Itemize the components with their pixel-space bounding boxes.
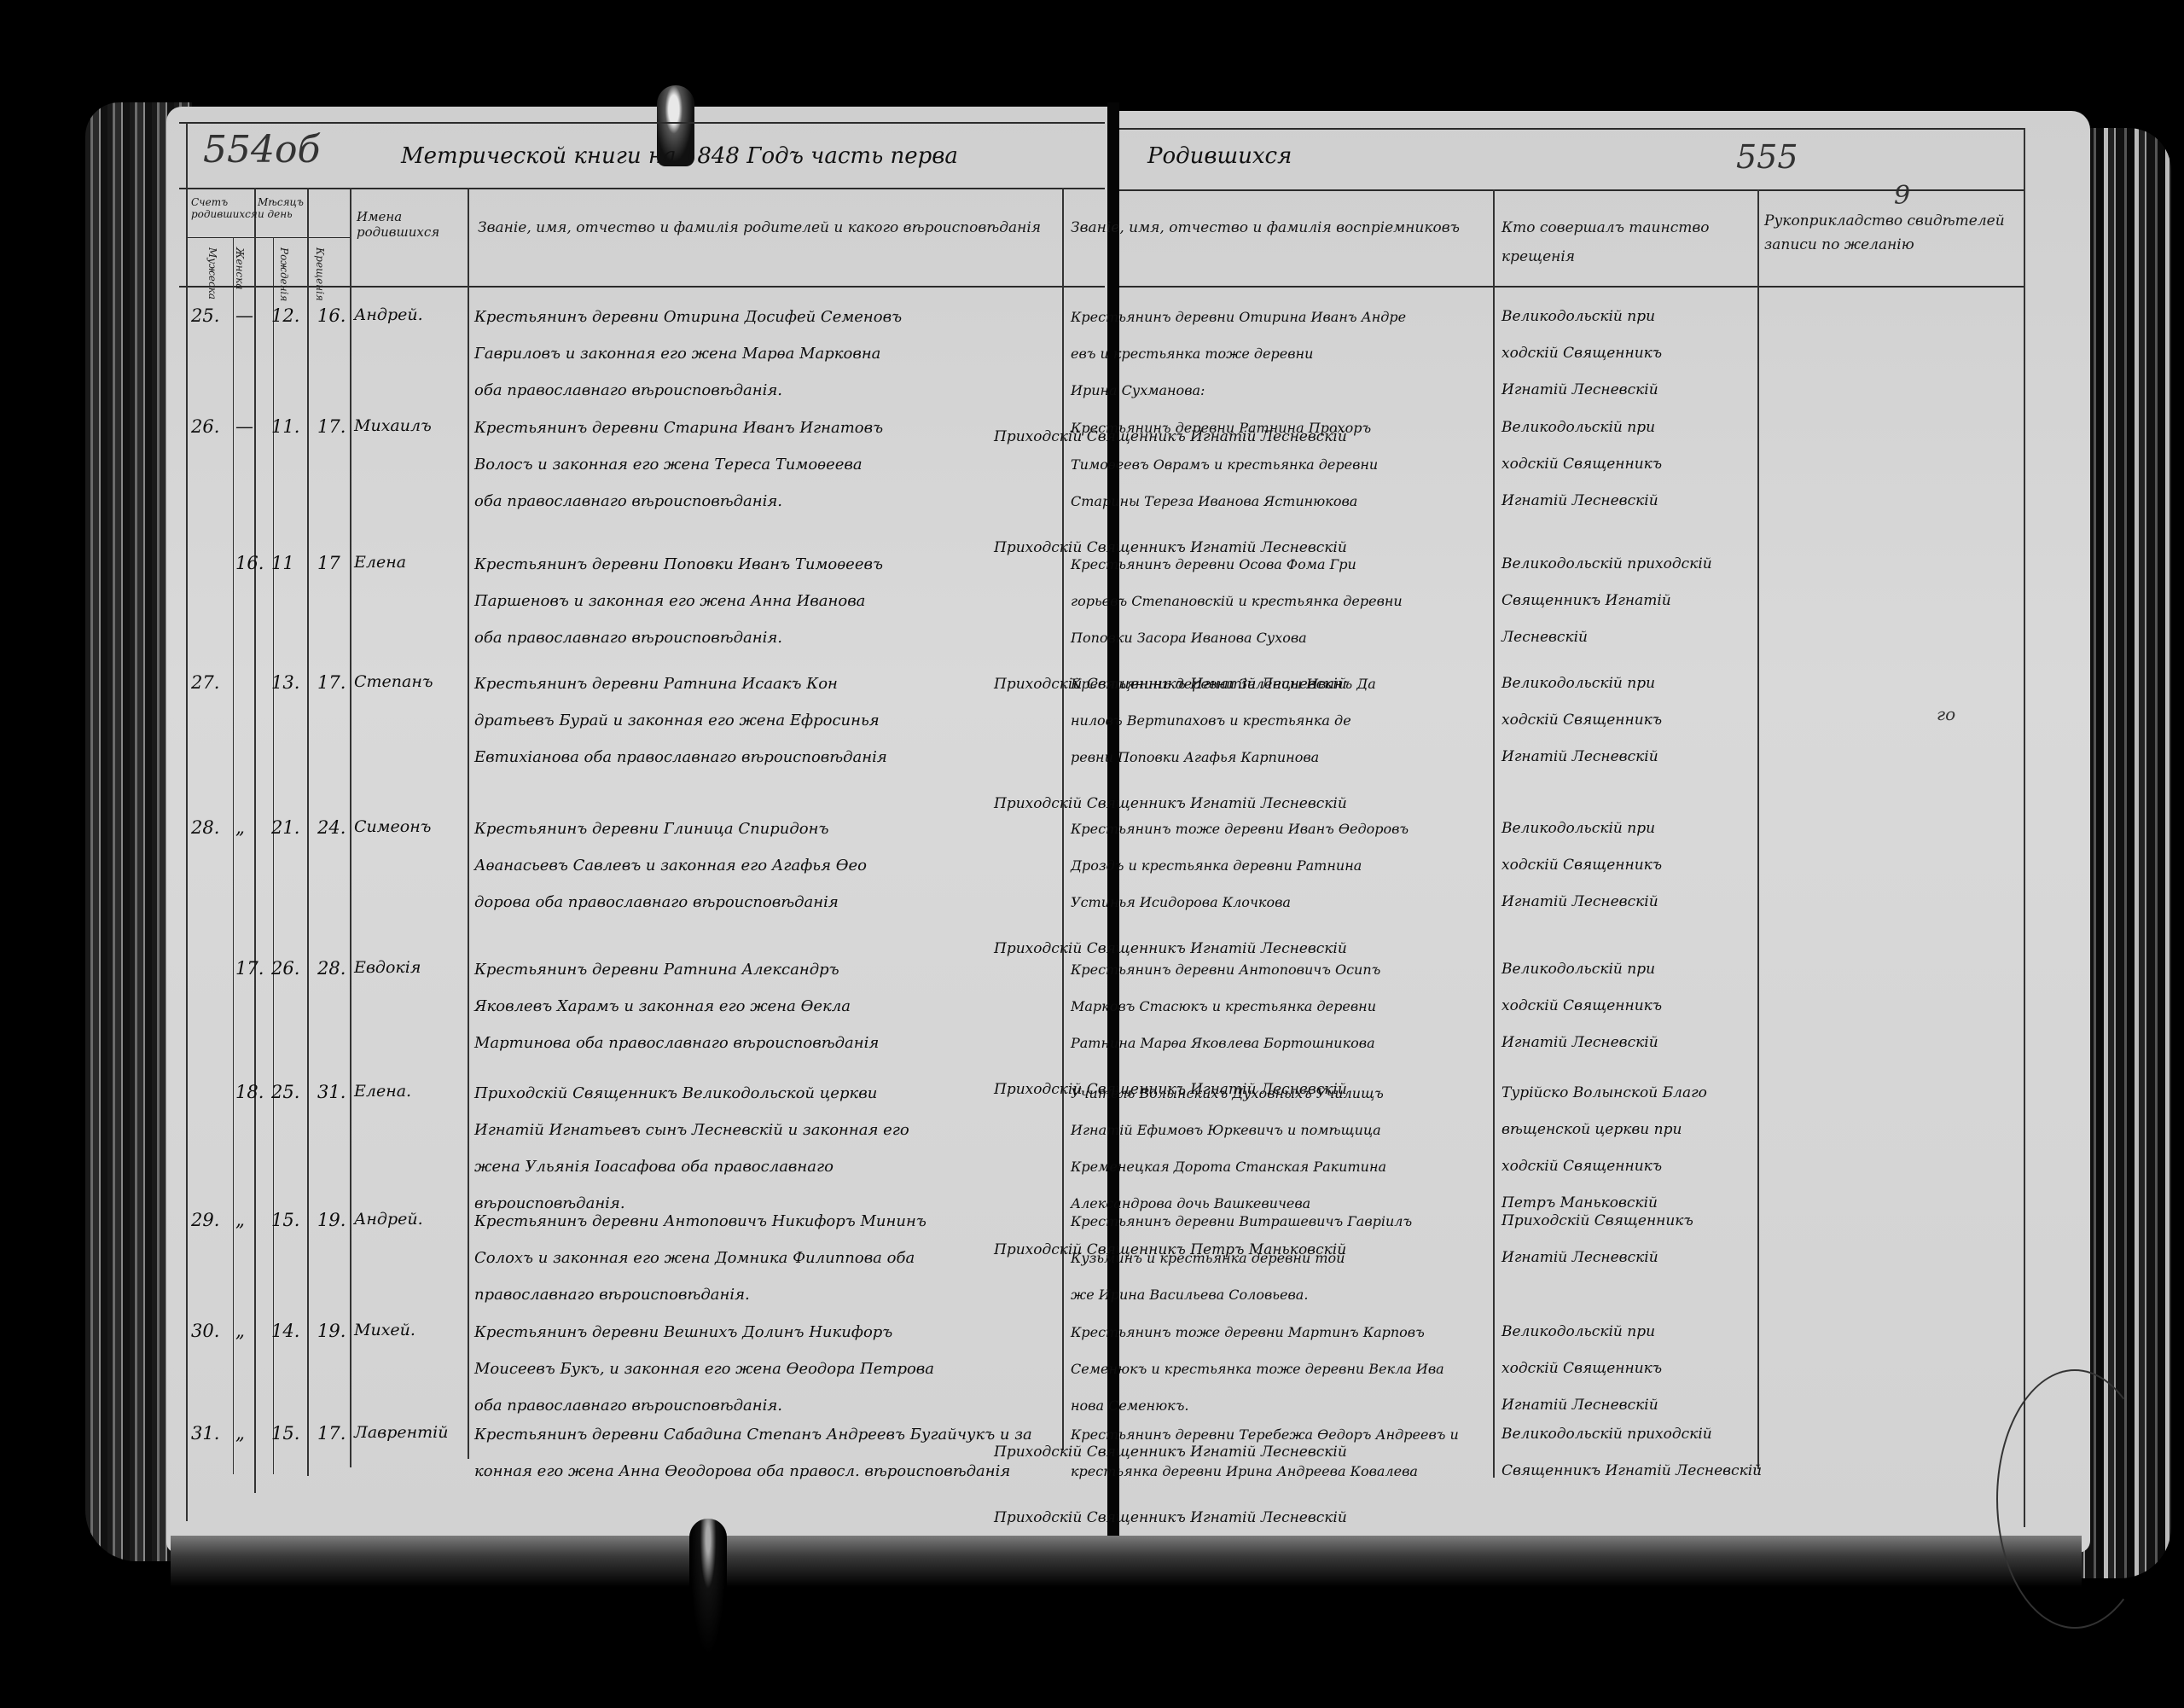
record-parents-line: Крестьянинъ деревни Ратнина Александръ [474, 951, 839, 988]
record-parents-line: Аѳанасьевъ Савлевъ и законная его Агафья… [474, 847, 867, 884]
record-parents-line: Солохъ и законная его жена Домника Филип… [474, 1240, 915, 1276]
header-date: Мѣсяцъ и день [258, 196, 305, 220]
record-priest-line: Великодольскій при [1501, 410, 1655, 446]
record-parents-line: конная его жена Анна Ѳеодорова оба право… [474, 1453, 1010, 1490]
header-names: Имена родившихся [357, 209, 459, 240]
record-birth-day: 15. [271, 1210, 299, 1230]
record-priest-line: ходскій Священникъ [1501, 446, 1662, 483]
record-godparents-line: Старины Тереза Иванова Ястинюкова [1071, 483, 1357, 520]
record-priest-line: Турійско Волынской Благо [1501, 1075, 1707, 1112]
record-godparents-line: Крестьянинъ деревни Осова Фома Гри [1071, 546, 1356, 583]
record-parents-line: Крестьянинъ деревни Антоповичъ Никифоръ … [474, 1203, 926, 1240]
record-baptism-day: 24. [317, 817, 346, 838]
record-godparents-line: Дроздъ и крестьянка деревни Ратнина [1071, 847, 1362, 884]
record-godparents-line: Ратнина Марѳа Яковлева Бортошникова [1071, 1025, 1375, 1061]
record-godparents-line: Поповки Засора Иванова Сухова [1071, 619, 1307, 656]
book-scan: 554об 555 9 Метрической книги на 1848 Го… [0, 0, 2184, 1708]
record-godparents-line: Приходскій Священникъ Игнатій Лесневскій [994, 1500, 1347, 1537]
record-priest-line: Лесневскій [1501, 619, 1588, 656]
record-priest-line: Игнатій Лесневскій [1501, 739, 1658, 776]
column-rule [468, 188, 469, 1459]
record-count-female: — [235, 305, 253, 326]
record-baptism-day: 17 [317, 553, 340, 573]
record-godparents-line: Марковъ Стасюкъ и крестьянка деревни [1071, 988, 1376, 1025]
record-priest-line: ходскій Священникъ [1501, 702, 1662, 739]
record-priest-line: Великодольскій приходскій [1501, 546, 1712, 583]
record-godparents-line: Кузьминъ и крестьянка деревни той [1071, 1240, 1345, 1276]
table-top-rule [179, 122, 1105, 124]
record-godparents-line: Крестьянинъ деревни Теребежа Ѳедоръ Андр… [1071, 1416, 1459, 1453]
record-parents-line: Крестьянинъ деревни Сабадина Степанъ Анд… [474, 1416, 1032, 1453]
record-birth-day: 15. [271, 1423, 299, 1444]
record-priest-line: Великодольскій при [1501, 299, 1655, 335]
record-godparents-line: Крестьянинъ деревни Ратнина Прохоръ [1071, 410, 1371, 446]
binding-clasp-icon [689, 1519, 727, 1655]
record-count-male: 25. [191, 305, 219, 326]
record-parents-line: Игнатій Игнатьевъ сынъ Лесневскій и зако… [474, 1112, 909, 1148]
record-name: Симеонъ [354, 817, 431, 836]
record-godparents-line: ревни Поповки Агафья Карпинова [1071, 739, 1319, 776]
record-godparents-line: Крестьянинъ деревни Зеленцы Иванъ Да [1071, 665, 1376, 702]
record-birth-day: 12. [271, 305, 299, 326]
record-name: Михаилъ [354, 416, 432, 435]
record-parents-line: Волосъ и законная его жена Тереса Тимоѳе… [474, 446, 863, 483]
record-baptism-day: 17. [317, 416, 346, 437]
record-godparents-line: Крестьянинъ тоже деревни Иванъ Ѳедоровъ [1071, 810, 1409, 847]
record-parents-line: Крестьянинъ деревни Ратнина Исаакъ Кон [474, 665, 838, 702]
record-priest-line: вѣщенской церкви при [1501, 1112, 1682, 1148]
record-birth-day: 26. [271, 958, 299, 979]
record-count-female: „ [235, 1321, 245, 1341]
record-priest-line: Священникъ Игнатій Лесневскій [1501, 1453, 1762, 1490]
record-birth-day: 21. [271, 817, 299, 838]
record-baptism-day: 19. [317, 1210, 346, 1230]
record-godparents-line: же Ирина Васильева Соловьева. [1071, 1276, 1308, 1313]
header-male: Мужеска [206, 247, 218, 299]
record-godparents-line: Учитель Волынскихъ Духовныхъ Училищъ [1071, 1075, 1384, 1112]
column-rule [254, 188, 256, 1493]
record-godparents-line: Игнатій Ефимовъ Юркевичъ и помѣщица [1071, 1112, 1381, 1148]
record-count-male: 30. [191, 1321, 219, 1341]
record-priest-line: Игнатій Лесневскій [1501, 1025, 1658, 1061]
record-godparents-line: Ирина Сухманова: [1071, 372, 1205, 409]
record-parents-line: Крестьянинъ деревни Поповки Иванъ Тимоѳе… [474, 546, 883, 583]
record-godparents-line: евъ и крестьянка тоже деревни [1071, 335, 1313, 372]
page-title-right: Родившихся [1147, 143, 1292, 169]
record-parents-line: Евтихіанова оба православнаго вѣроисповѣ… [474, 739, 887, 776]
record-name: Лаврентій [354, 1423, 449, 1442]
record-count-male: 26. [191, 416, 219, 437]
column-rule [1757, 189, 1759, 1469]
header-birth: Рожденія [278, 247, 290, 301]
record-priest-line: ходскій Священникъ [1501, 1148, 1662, 1185]
header-priest: Кто совершалъ таинство крещенія [1501, 213, 1753, 271]
record-baptism-day: 28. [317, 958, 346, 979]
record-godparents-line: Тимоѳеевъ Оврамъ и крестьянка деревни [1071, 446, 1378, 483]
subheader-rule [186, 237, 350, 238]
circle-mark [1996, 1369, 2153, 1629]
record-count-female: 16. [235, 553, 264, 573]
record-name: Михей. [354, 1321, 415, 1339]
record-godparents-line: Крестьянинъ деревни Витрашевичъ Гавріилъ [1071, 1203, 1412, 1240]
record-parents-line: дорова оба православнаго вѣроисповѣданія [474, 884, 839, 921]
record-parents-line: Моисеевъ Букъ, и законная его жена Ѳеодо… [474, 1351, 934, 1387]
record-priest-line: ходскій Священникъ [1501, 335, 1662, 372]
record-name: Андрей. [354, 1210, 423, 1229]
record-godparents-line: Семенюкъ и крестьянка тоже деревни Векла… [1071, 1351, 1444, 1387]
page-title-left: Метрической книги на 1848 Годъ часть пер… [401, 143, 958, 169]
record-count-female: — [235, 416, 253, 437]
record-priest-line: Великодольскій приходскій [1501, 1416, 1712, 1453]
record-count-female: 17. [235, 958, 264, 979]
record-parents-line: Крестьянинъ деревни Вешнихъ Долинъ Никиф… [474, 1314, 892, 1351]
record-parents-line: оба православнаго вѣроисповѣданія. [474, 619, 782, 656]
record-parents-line: Яковлевъ Харамъ и законная его жена Ѳекл… [474, 988, 851, 1025]
record-name: Степанъ [354, 672, 433, 691]
record-godparents-line: Устинья Исидорова Клочкова [1071, 884, 1291, 921]
folio-right: 555 [1736, 138, 1798, 176]
record-parents-line: православнаго вѣроисповѣданія. [474, 1276, 750, 1313]
column-rule [350, 188, 351, 1467]
record-name: Андрей. [354, 305, 423, 324]
header-rule [1119, 189, 2025, 191]
record-count-male: 29. [191, 1210, 219, 1230]
record-parents-line: жена Ульянія Іоасафова оба православнаго [474, 1148, 834, 1185]
header-signatures: Рукоприкладство свидѣтелей записи по жел… [1764, 209, 2020, 257]
corner-mark: 9 [1894, 181, 1910, 211]
record-godparents-line: горьевъ Степановскій и крестьянка деревн… [1071, 583, 1403, 619]
record-godparents-line: крестьянка деревни Ирина Андреева Ковале… [1071, 1453, 1418, 1490]
record-birth-day: 14. [271, 1321, 299, 1341]
record-birth-day: 25. [271, 1082, 299, 1102]
record-baptism-day: 19. [317, 1321, 346, 1341]
record-parents-line: оба православнаго вѣроисповѣданія. [474, 372, 782, 409]
record-godparents-line: Крестьянинъ деревни Антоповичъ Осипъ [1071, 951, 1380, 988]
record-priest-line: ходскій Священникъ [1501, 1351, 1662, 1387]
record-parents-line: Крестьянинъ деревни Глиница Спиридонъ [474, 810, 829, 847]
record-parents-line: Гавриловъ и законная его жена Марѳа Марк… [474, 335, 880, 372]
header-rule [179, 188, 1105, 189]
record-parents-line: Крестьянинъ деревни Старина Иванъ Игнато… [474, 410, 883, 446]
record-birth-day: 13. [271, 672, 299, 693]
record-parents-line: дратьевъ Бурай и законная его жена Ефрос… [474, 702, 880, 739]
record-parents-line: оба православнаго вѣроисповѣданія. [474, 483, 782, 520]
record-count-female: 18. [235, 1082, 264, 1102]
record-parents-line: Мартинова оба православнаго вѣроисповѣда… [474, 1025, 879, 1061]
record-parents-line: Крестьянинъ деревни Отирина Досифей Семе… [474, 299, 902, 335]
record-count-male: 27. [191, 672, 219, 693]
record-godparents-line: ниловъ Вертипаховъ и крестьянка де [1071, 702, 1351, 739]
record-priest-line: ходскій Священникъ [1501, 988, 1662, 1025]
record-baptism-day: 16. [317, 305, 346, 326]
record-baptism-day: 17. [317, 672, 346, 693]
table-top-rule [1119, 128, 2025, 130]
column-rule [307, 188, 309, 1476]
record-name: Елена. [354, 1082, 411, 1101]
record-count-female: „ [235, 817, 245, 838]
record-baptism-day: 31. [317, 1082, 346, 1102]
header-godparents: Званіе, имя, отчество и фамилія воспріем… [1071, 213, 1489, 242]
record-priest-line: Великодольскій при [1501, 1314, 1655, 1351]
record-count-male: 28. [191, 817, 219, 838]
record-priest-line: ходскій Священникъ [1501, 847, 1662, 884]
record-count-female: „ [235, 1423, 245, 1444]
record-godparents-line: Крестьянинъ тоже деревни Мартинъ Карповъ [1071, 1314, 1425, 1351]
record-priest-line: Игнатій Лесневскій [1501, 884, 1658, 921]
record-baptism-day: 17. [317, 1423, 346, 1444]
record-priest-line: Игнатій Лесневскій [1501, 372, 1658, 409]
record-parents-line: Паршеновъ и законная его жена Анна Ивано… [474, 583, 865, 619]
header-parents: Званіе, имя, отчество и фамилія родителе… [478, 213, 1058, 242]
record-name: Елена [354, 553, 406, 572]
column-rule [1493, 189, 1495, 1478]
column-rule [2024, 128, 2025, 1527]
record-godparents-line: Кременецкая Дорота Станская Ракитина [1071, 1148, 1386, 1185]
column-rule [186, 122, 188, 1521]
record-birth-day: 11. [271, 416, 299, 437]
header-count: Счетъ родившихся [191, 196, 251, 220]
header-female: Женска [234, 247, 246, 290]
record-priest-line: Игнатій Лесневскій [1501, 483, 1658, 520]
record-parents-line: Приходскій Священникъ Великодольской цер… [474, 1075, 877, 1112]
record-priest-line: Приходскій Священникъ [1501, 1203, 1693, 1240]
record-priest-line: Великодольскій при [1501, 665, 1655, 702]
header-baptism: Крещенія [314, 247, 326, 301]
header-bottom-rule [1119, 286, 2025, 288]
margin-note: го [1937, 704, 1955, 724]
folio-left: 554об [203, 128, 320, 171]
record-priest-line: Великодольскій при [1501, 951, 1655, 988]
record-priest-line: Игнатій Лесневскій [1501, 1240, 1658, 1276]
record-count-male: 31. [191, 1423, 219, 1444]
record-priest-line: Священникъ Игнатій [1501, 583, 1671, 619]
record-name: Евдокія [354, 958, 421, 977]
record-godparents-line: Крестьянинъ деревни Отирина Иванъ Андре [1071, 299, 1406, 335]
page-bottom-edge [171, 1536, 2082, 1587]
record-count-female: „ [235, 1210, 245, 1230]
record-birth-day: 11 [271, 553, 294, 573]
record-priest-line: Великодольскій при [1501, 810, 1655, 847]
column-rule [233, 237, 234, 1474]
